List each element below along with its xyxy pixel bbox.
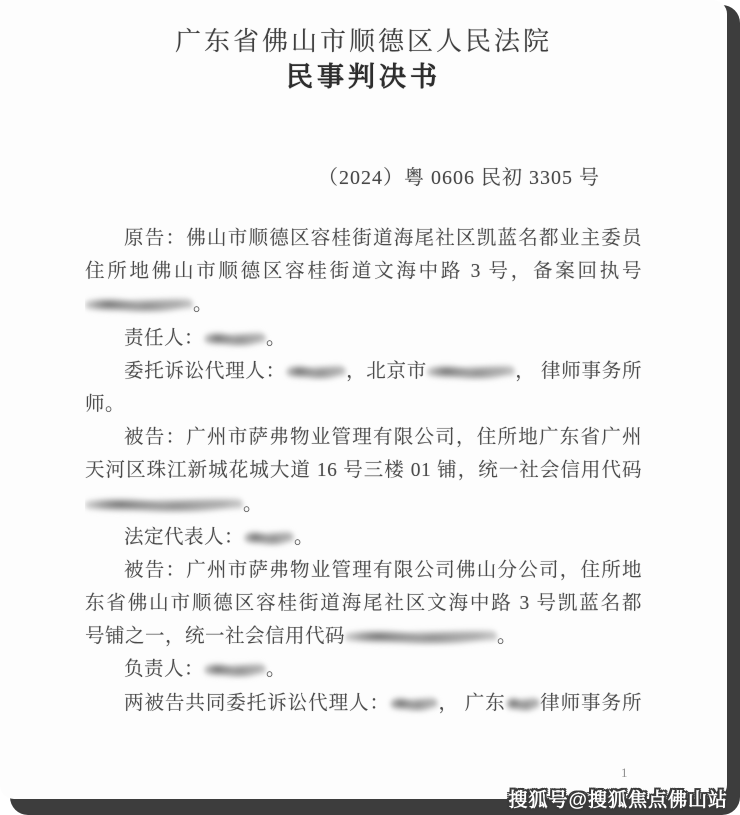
document-line: 住所地佛山市顺德区容桂街道文海中路 3 号，备案回执号 bbox=[85, 255, 642, 288]
line-text: 。 bbox=[497, 626, 517, 647]
document-line: 号铺之一，统一社会信用代码。 bbox=[85, 620, 642, 653]
document-line: 天河区珠江新城花城大道 16 号三楼 01 铺，统一社会信用代码 bbox=[85, 454, 642, 487]
redacted-smudge bbox=[390, 696, 438, 712]
redacted-smudge bbox=[204, 662, 266, 678]
document-body: 原告：佛山市顺德区容桂街道海尾社区凯蓝名都业主委员会，住所地佛山市顺德区容桂街道… bbox=[85, 222, 642, 720]
document-line: 东省佛山市顺德区容桂街道海尾社区文海中路 3 号凯蓝名都 151 bbox=[85, 587, 642, 620]
redacted-smudge bbox=[85, 297, 193, 313]
document-line: 委托诉讼代理人：，北京市， 律师事务所律 bbox=[85, 355, 642, 388]
line-text: ， 广东 bbox=[438, 693, 506, 714]
line-text: 。 bbox=[243, 494, 263, 515]
document-line: 被告：广州市萨弗物业管理有限公司佛山分公司，住所地广 bbox=[85, 554, 642, 587]
document-line: 负责人：。 bbox=[85, 653, 642, 686]
line-text: 号铺之一，统一社会信用代码 bbox=[85, 626, 345, 647]
document-line: 。 bbox=[85, 288, 642, 321]
case-number: （2024）粤 0606 民初 3305 号 bbox=[318, 161, 600, 190]
line-text: 委托诉讼代理人： bbox=[124, 361, 286, 382]
document-line: 师。 bbox=[85, 388, 642, 421]
document-line: 两被告共同委托诉讼代理人：， 广东律师事务所律 bbox=[85, 687, 642, 720]
line-text: 。 bbox=[193, 294, 213, 315]
line-text: 被告：广州市萨弗物业管理有限公司佛山分公司，住所地广 bbox=[85, 560, 642, 587]
redacted-smudge bbox=[204, 331, 266, 347]
redacted-smudge bbox=[506, 696, 540, 712]
line-text: 东省佛山市顺德区容桂街道海尾社区文海中路 3 号凯蓝名都 151 bbox=[85, 593, 642, 620]
line-text: 住所地佛山市顺德区容桂街道文海中路 3 号，备案回执号 bbox=[85, 261, 642, 282]
line-text: 两被告共同委托诉讼代理人： bbox=[124, 693, 390, 714]
page-number: 1 bbox=[621, 765, 628, 781]
line-text: 责任人： bbox=[124, 328, 204, 349]
redacted-smudge bbox=[85, 497, 243, 513]
document-line: 法定代表人：。 bbox=[85, 521, 642, 554]
line-text: 天河区珠江新城花城大道 16 号三楼 01 铺，统一社会信用代码 bbox=[85, 460, 642, 481]
line-text: 。 bbox=[294, 527, 314, 548]
document-line: 被告：广州市萨弗物业管理有限公司，住所地广东省广州市 bbox=[85, 421, 642, 454]
line-text: 负责人： bbox=[124, 659, 204, 680]
redacted-smudge bbox=[345, 629, 497, 645]
document-line: 。 bbox=[85, 488, 642, 521]
document-title: 民事判决书 bbox=[0, 55, 727, 94]
line-text: 师。 bbox=[85, 394, 125, 415]
line-text: 原告：佛山市顺德区容桂街道海尾社区凯蓝名都业主委员会， bbox=[85, 228, 642, 255]
line-text: 被告：广州市萨弗物业管理有限公司，住所地广东省广州市 bbox=[85, 427, 642, 454]
redacted-smudge bbox=[244, 530, 294, 546]
document-line: 责任人：。 bbox=[85, 322, 642, 355]
line-text: 。 bbox=[266, 659, 286, 680]
screenshot-canvas: 广东省佛山市顺德区人民法院 民事判决书 （2024）粤 0606 民初 3305… bbox=[0, 0, 740, 815]
watermark: 搜狐号@搜狐焦点佛山站 bbox=[508, 785, 728, 812]
document-page: 广东省佛山市顺德区人民法院 民事判决书 （2024）粤 0606 民初 3305… bbox=[0, 0, 727, 799]
redacted-smudge bbox=[427, 364, 515, 380]
court-name: 广东省佛山市顺德区人民法院 bbox=[0, 21, 727, 58]
line-text: ，北京市 bbox=[346, 361, 427, 382]
document-line: 原告：佛山市顺德区容桂街道海尾社区凯蓝名都业主委员会， bbox=[85, 222, 642, 255]
line-text: 。 bbox=[266, 328, 286, 349]
redacted-smudge bbox=[286, 364, 346, 380]
line-text: 法定代表人： bbox=[124, 527, 244, 548]
